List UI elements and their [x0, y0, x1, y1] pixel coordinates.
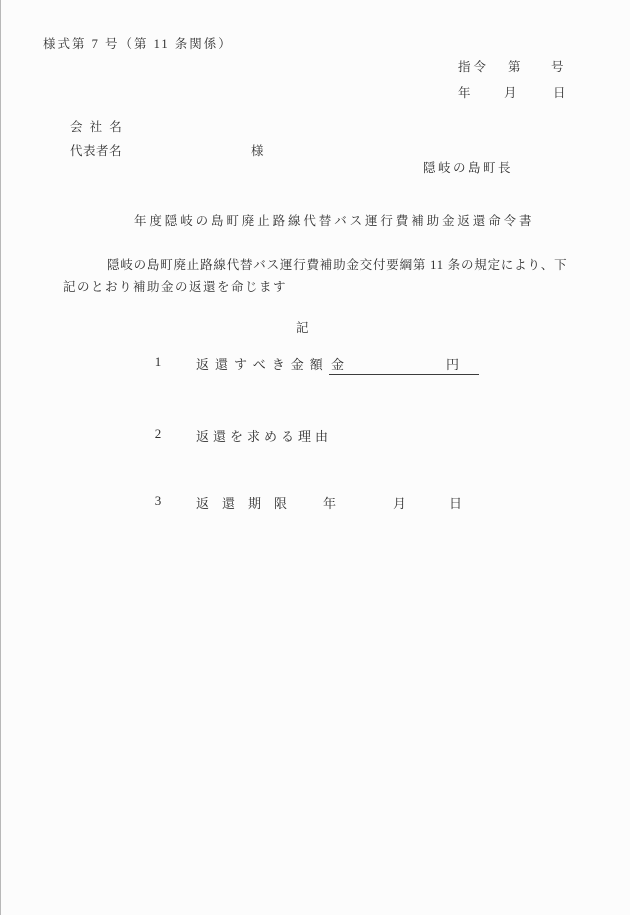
item-3-label: 返還期限	[196, 493, 300, 512]
issue-date-month: 月	[504, 85, 517, 101]
directive-label: 指令	[458, 59, 489, 75]
item-1-label: 返還すべき金額	[196, 354, 329, 373]
amount-unit-yen: 円	[446, 354, 459, 373]
document-page: 様式第 7 号（第 11 条関係） 指令 第 号 年 月 日 会 社 名 代表者…	[0, 0, 630, 915]
body-paragraph-line-1: 隠岐の島町廃止路線代替バス運行費補助金交付要綱第 11 条の規定により、下	[107, 257, 567, 273]
item-1-number: 1	[151, 354, 165, 370]
record-marker: 記	[296, 320, 309, 336]
company-name-label: 会 社 名	[70, 119, 124, 135]
directive-number-suffix: 号	[551, 59, 564, 75]
deadline-day-label: 日	[449, 493, 462, 512]
directive-number-prefix: 第	[508, 59, 521, 75]
body-paragraph-line-2: 記のとおり補助金の返還を命じます	[63, 279, 287, 295]
representative-name-label: 代表者名	[70, 143, 122, 159]
amount-prefix-kin: 金	[331, 354, 344, 373]
item-3-number: 3	[151, 493, 165, 509]
amount-fill-in-line: 金 円	[329, 354, 479, 375]
issue-date-day: 日	[553, 85, 566, 101]
document-title: 年度隠岐の島町廃止路線代替バス運行費補助金返還命令書	[134, 213, 534, 229]
issue-date-year: 年	[458, 85, 471, 101]
item-2-number: 2	[151, 426, 165, 442]
deadline-month-label: 月	[393, 493, 406, 512]
issuer-mayor-title: 隠岐の島町長	[423, 160, 513, 176]
honorific-sama: 様	[251, 143, 264, 159]
deadline-year-label: 年	[323, 493, 336, 512]
form-number: 様式第 7 号（第 11 条関係）	[43, 36, 233, 52]
item-2-label: 返還を求める理由	[196, 426, 332, 445]
